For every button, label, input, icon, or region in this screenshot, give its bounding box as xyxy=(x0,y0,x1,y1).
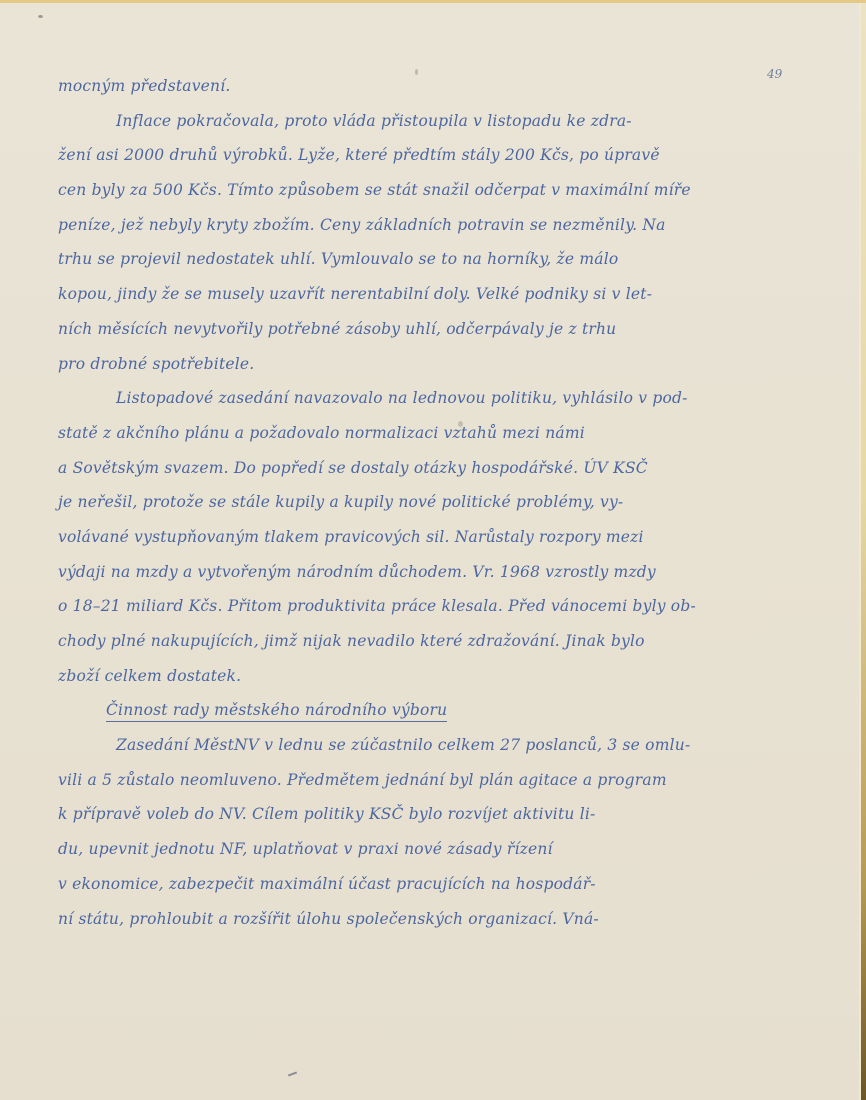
text-line: statě z akčního plánu a požadovalo norma… xyxy=(58,416,788,451)
text-line: vili a 5 zůstalo neomluveno. Předmětem j… xyxy=(58,763,788,798)
text-line: žení asi 2000 druhů výrobků. Lyže, které… xyxy=(58,138,788,173)
text-line: peníze, jež nebyly kryty zbožím. Ceny zá… xyxy=(58,208,788,243)
text-line: kopou, jindy že se musely uzavřít nerent… xyxy=(58,277,788,312)
section-heading: Činnost rady městského národního výboru xyxy=(106,700,447,722)
text-line: Zasedání MěstNV v lednu se zúčastnilo ce… xyxy=(58,728,788,763)
text-line: výdaji na mzdy a vytvořeným národním důc… xyxy=(58,555,788,590)
text-line: ních měsících nevytvořily potřebné zásob… xyxy=(58,312,788,347)
text-line: trhu se projevil nedostatek uhlí. Vymlou… xyxy=(58,242,788,277)
text-line: ní státu, prohloubit a rozšířit úlohu sp… xyxy=(58,902,788,937)
text-line: zboží celkem dostatek. xyxy=(58,659,788,694)
text-line: pro drobné spotřebitele. xyxy=(58,347,788,382)
handwritten-text: mocným představení. Inflace pokračovala,… xyxy=(58,69,788,936)
text-line: o 18–21 miliard Kčs. Přitom produktivita… xyxy=(58,589,788,624)
pencil-mark xyxy=(288,1072,297,1077)
text-line: Listopadové zasedání navazovalo na ledno… xyxy=(58,381,788,416)
text-line: v ekonomice, zabezpečit maximální účast … xyxy=(58,867,788,902)
ink-speck xyxy=(38,15,43,18)
text-line: k přípravě voleb do NV. Cílem politiky K… xyxy=(58,797,788,832)
text-line: mocným představení. xyxy=(58,69,788,104)
manuscript-page: 49 mocným představení. Inflace pokračova… xyxy=(0,0,866,1100)
text-line: volávané vystupňovaným tlakem pravicovýc… xyxy=(58,520,788,555)
text-line: du, upevnit jednotu NF, uplatňovat v pra… xyxy=(58,832,788,867)
text-line: je neřešil, protože se stále kupily a ku… xyxy=(58,485,788,520)
text-line: a Sovětským svazem. Do popředí se dostal… xyxy=(58,451,788,486)
text-line: cen byly za 500 Kčs. Tímto způsobem se s… xyxy=(58,173,788,208)
text-line: chody plné nakupujících, jimž nijak neva… xyxy=(58,624,788,659)
section-heading-line: Činnost rady městského národního výboru xyxy=(58,693,788,728)
text-line: Inflace pokračovala, proto vláda přistou… xyxy=(58,104,788,139)
page-edge xyxy=(861,3,866,1100)
